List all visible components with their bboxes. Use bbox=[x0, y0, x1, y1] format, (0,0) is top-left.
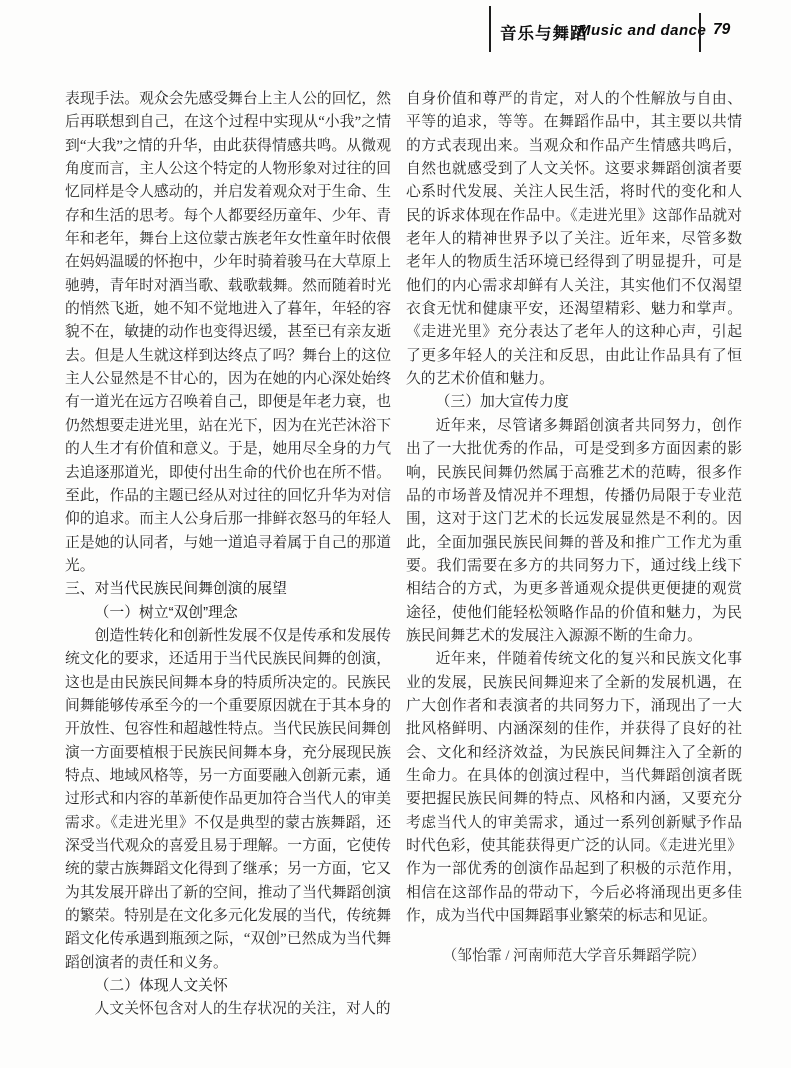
journal-page: 音乐与舞蹈 Music and dance 79 表现手法。观众会先感受舞台上主… bbox=[0, 0, 791, 1068]
section-heading-3: 三、对当代民族民间舞创演的展望 bbox=[65, 578, 391, 601]
section-title-en: Music and dance bbox=[578, 22, 706, 39]
paragraph: 近年来，伴随着传统文化的复兴和民族文化事业的发展，民族民间舞迎来了全新的发展机遇… bbox=[406, 648, 742, 928]
page-number: 79 bbox=[713, 21, 730, 39]
paragraph: 创造性转化和创新性发展不仅是传承和发展传统文化的要求，还适用于当代民族民间舞的创… bbox=[65, 625, 391, 975]
subheading-3-1: （一）树立“双创”理念 bbox=[65, 602, 391, 625]
paragraph-continued: 自身价值和尊严的肯定，对人的个性解放与自由、平等的追求，等等。在舞蹈作品中，其主… bbox=[406, 88, 742, 391]
right-column: 自身价值和尊严的肯定，对人的个性解放与自由、平等的追求，等等。在舞蹈作品中，其主… bbox=[406, 88, 742, 969]
subheading-3-2: （二）体现人文关怀 bbox=[65, 975, 391, 998]
header-divider-left bbox=[489, 6, 491, 52]
left-column: 表现手法。观众会先感受舞台上主人公的回忆，然后再联想到自己，在这个过程中实现从“… bbox=[65, 88, 391, 1022]
author-attribution: （邹怡霏 / 河南师范大学音乐舞蹈学院） bbox=[406, 945, 742, 968]
section-title-cn: 音乐与舞蹈 bbox=[500, 20, 588, 44]
paragraph: 人文关怀包含对人的生存状况的关注，对人的 bbox=[65, 998, 391, 1021]
paragraph: 近年来，尽管诸多舞蹈创演者共同努力，创作出了一大批优秀的作品，可是受到多方面因素… bbox=[406, 415, 742, 648]
header-divider-right bbox=[699, 13, 701, 52]
paragraph-continued: 表现手法。观众会先感受舞台上主人公的回忆，然后再联想到自己，在这个过程中实现从“… bbox=[65, 88, 391, 578]
subheading-3-3: （三）加大宣传力度 bbox=[406, 391, 742, 414]
